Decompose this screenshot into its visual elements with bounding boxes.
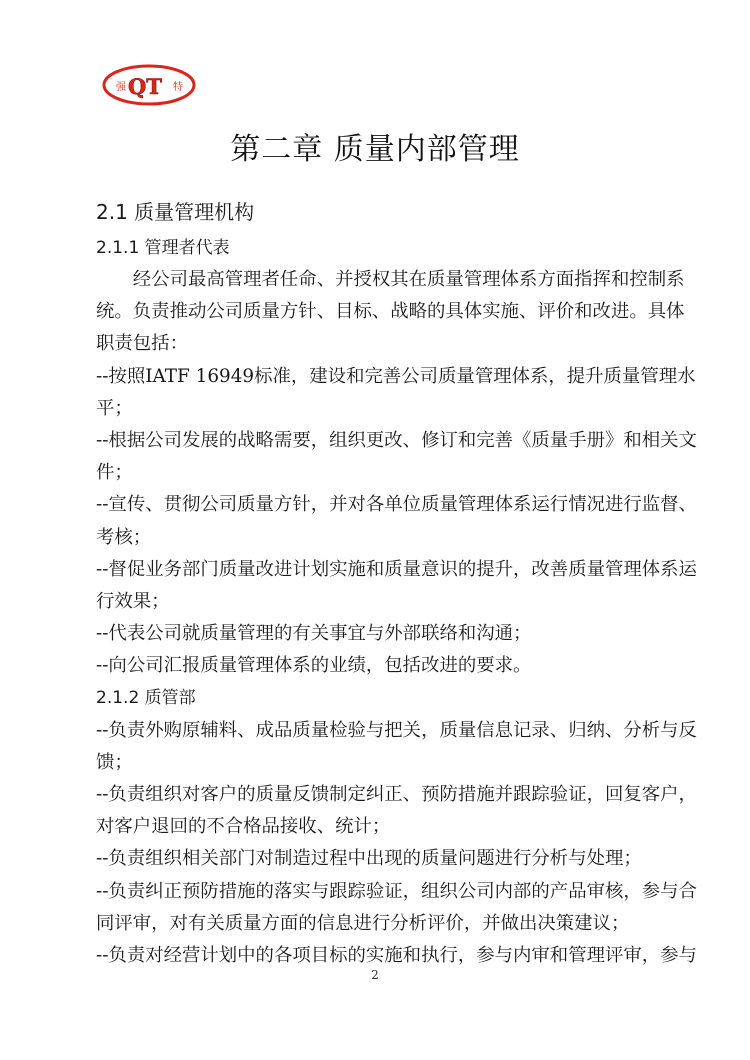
paragraph-line: 经公司最高管理者任命、并授权其在质量管理体系方面指挥和控制系 <box>96 268 666 292</box>
duty-line: 馈； <box>96 751 666 775</box>
duty-line: --负责组织对客户的质量反馈制定纠正、预防措施并跟踪验证，回复客户， <box>96 783 666 807</box>
duty-line: 件； <box>96 461 666 485</box>
duty-line: --督促业务部门质量改进计划实施和质量意识的提升，改善质量管理体系运 <box>96 558 666 582</box>
duty-line: 行效果； <box>96 590 666 614</box>
subsection-heading-2-1-2: 2.1.2 质管部 <box>96 686 666 710</box>
logo-left-char: 强 <box>116 81 127 93</box>
duty-line: --宣传、贯彻公司质量方针，并对各单位质量管理体系运行情况进行监督、 <box>96 493 666 517</box>
subsection-heading-2-1-1: 2.1.1 管理者代表 <box>96 236 666 260</box>
duty-line: --根据公司发展的战略需要，组织更改、修订和完善《质量手册》和相关文 <box>96 429 666 453</box>
qt-logo-icon: 强 QT 特 <box>101 63 197 107</box>
duty-line: --向公司汇报质量管理体系的业绩，包括改进的要求。 <box>96 654 666 678</box>
company-logo: 强 QT 特 <box>101 63 197 107</box>
section-heading-2-1: 2.1 质量管理机构 <box>96 200 666 224</box>
paragraph-line: 职责包括： <box>96 332 666 356</box>
duty-line: 同评审，对有关质量方面的信息进行分析评价，并做出决策建议； <box>96 912 666 936</box>
page-number: 2 <box>0 968 750 982</box>
duty-line: 平； <box>96 397 666 421</box>
duty-line: --负责外购原辅料、成品质量检验与把关，质量信息记录、归纳、分析与反 <box>96 719 666 743</box>
duty-line: 考核； <box>96 526 666 550</box>
logo-mark: QT <box>128 74 162 99</box>
paragraph-line: 统。负责推动公司质量方针、目标、战略的具体实施、评价和改进。具体 <box>96 300 666 324</box>
duty-line: --按照IATF 16949标准，建设和完善公司质量管理体系，提升质量管理水 <box>96 365 666 389</box>
chapter-title: 第二章 质量内部管理 <box>0 130 750 170</box>
duty-line: --负责纠正预防措施的落实与跟踪验证，组织公司内部的产品审核，参与合 <box>96 880 666 904</box>
logo-right-char: 特 <box>173 80 183 93</box>
duty-line: 对客户退回的不合格品接收、统计； <box>96 815 666 839</box>
duty-line: --代表公司就质量管理的有关事宜与外部联络和沟通； <box>96 622 666 646</box>
duty-line: --负责组织相关部门对制造过程中出现的质量问题进行分析与处理； <box>96 847 666 871</box>
duty-line: --负责对经营计划中的各项目标的实施和执行，参与内审和管理评审，参与 <box>96 944 666 968</box>
